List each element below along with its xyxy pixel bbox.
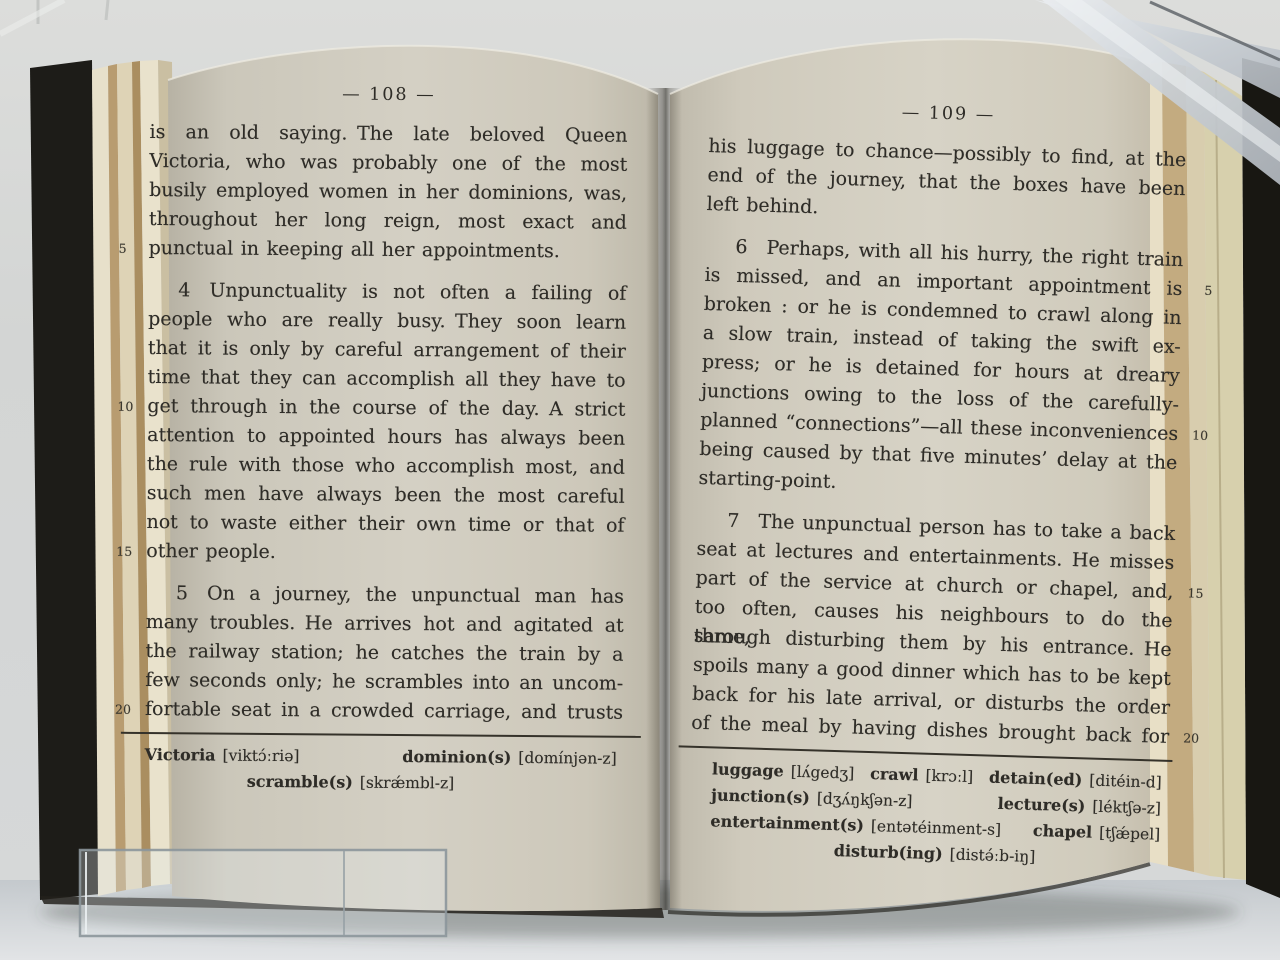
text-line: is an old saying. The late beloved Queen [149,118,627,151]
text-line: the rule with those who accomplish most,… [147,450,625,483]
line-number: 15 [1187,580,1204,606]
text-line: throughout her long reign, most exact an… [149,205,627,238]
text-column: his luggage to chance—possibly to find, … [691,132,1187,752]
vocab-term: chapel [1033,821,1093,842]
gutter-shadow [646,88,682,910]
vocab-term: lecture(s) [997,794,1085,816]
book-photo: — 108 — is an old saying. The late belov… [0,0,1280,960]
line-number: 10 [117,394,133,420]
background-groove [106,0,108,20]
text-line: 15other people. [146,537,624,570]
text-line: 20fortable seat in a crowded carriage, a… [145,695,623,728]
vocab-term: dominion(s) [402,747,511,767]
vocab-section: luggage[lʌ́gedʒ] crawl[krɔːl] detain(ed)… [687,746,1168,874]
text-line: attention to appointed hours has always … [147,421,625,454]
text-line: 5punctual in keeping all her appointment… [149,234,627,267]
vocab-entry: Victoria[viktɔ́ːriə] [145,742,300,769]
book-cover-edge-right [1242,58,1280,898]
text-line: 5 On a journey, the unpunctual man has [146,579,624,612]
vocab-term: crawl [870,764,919,784]
text-line: busily employed women in her dominions, … [149,176,627,209]
vocab-phonetic: [ditéin-d] [1089,772,1162,792]
vocab-term: scramble(s) [247,772,353,792]
vocab-entry: chapel[tʃǽpel] [1033,818,1161,848]
vocab-entry: crawl[krɔːl] [870,761,974,790]
text-line: such men have always been the most caref… [147,479,625,512]
vocab-phonetic: [léktʃə-z] [1092,798,1161,818]
vocab-term: disturb(ing) [834,841,943,863]
line-number: 5 [119,236,127,262]
vocab-phonetic: [krɔːl] [925,767,973,786]
vocab-term: Victoria [145,745,216,765]
text-line: 10get through in the course of the day. … [147,392,625,425]
text-line: the railway station; he catches the trai… [145,637,623,670]
page-number-header: — 108 — [150,80,628,110]
vocab-phonetic: [viktɔ́ːriə] [223,747,300,766]
left-page: — 108 — is an old saying. The late belov… [144,80,628,798]
line-number: 5 [1204,278,1213,304]
vocab-phonetic: [dʒʌ́ŋkʃən-z] [817,789,913,810]
text-line: time that they can accomplish all they h… [148,363,626,396]
vocab-entry: lecture(s)[léktʃə-z] [997,791,1161,822]
vocab-term: detain(ed) [989,768,1083,790]
text-line: many troubles. He arrives hot and agitat… [146,608,624,641]
text-line: Victoria, who was probably one of the mo… [149,147,627,180]
vocab-section: Victoria[viktɔ́ːriə] dominion(s)[domínjə… [144,732,622,798]
line-number: 20 [115,697,131,723]
line-number: 20 [1183,725,1200,751]
vocab-row: scramble(s)[skrǽmbl-z] [144,768,562,797]
vocab-term: entertainment(s) [710,811,864,835]
text-line: that it is only by careful arrangement o… [148,334,626,367]
footnote-rule [121,732,641,738]
right-page: — 109 — his luggage to chance—possibly t… [687,94,1188,874]
book-cover-edge-left [30,60,100,900]
vocab-phonetic: [entətéinment-s] [871,817,1002,839]
text-column: is an old saying. The late beloved Queen… [145,118,628,728]
vocab-phonetic: [domínjən-z] [518,749,616,768]
text-line: few seconds only; he scrambles into an u… [145,666,623,699]
vocab-term: luggage [712,759,784,780]
vocab-row: Victoria[viktɔ́ːriə] dominion(s)[domínjə… [145,742,623,772]
line-number: 15 [116,539,132,565]
acrylic-stand [80,850,446,936]
vocab-term: junction(s) [711,785,810,807]
vocab-phonetic: [skrǽmbl-z] [360,774,455,793]
vocab-entry: dominion(s)[domínjən-z] [402,744,617,772]
line-number: 10 [1192,422,1209,448]
vocab-phonetic: [distə́ːb-iŋ] [949,845,1035,866]
text-line: not to waste either their own time or th… [146,508,624,541]
vocab-entry: scramble(s)[skrǽmbl-z] [247,769,455,797]
text-line: people who are really busy. They soon le… [148,305,626,338]
text-line: 4 Unpunctuality is not often a failing o… [148,276,626,309]
vocab-phonetic: [tʃǽpel] [1099,824,1161,844]
vocab-phonetic: [lʌ́gedʒ] [790,763,854,783]
